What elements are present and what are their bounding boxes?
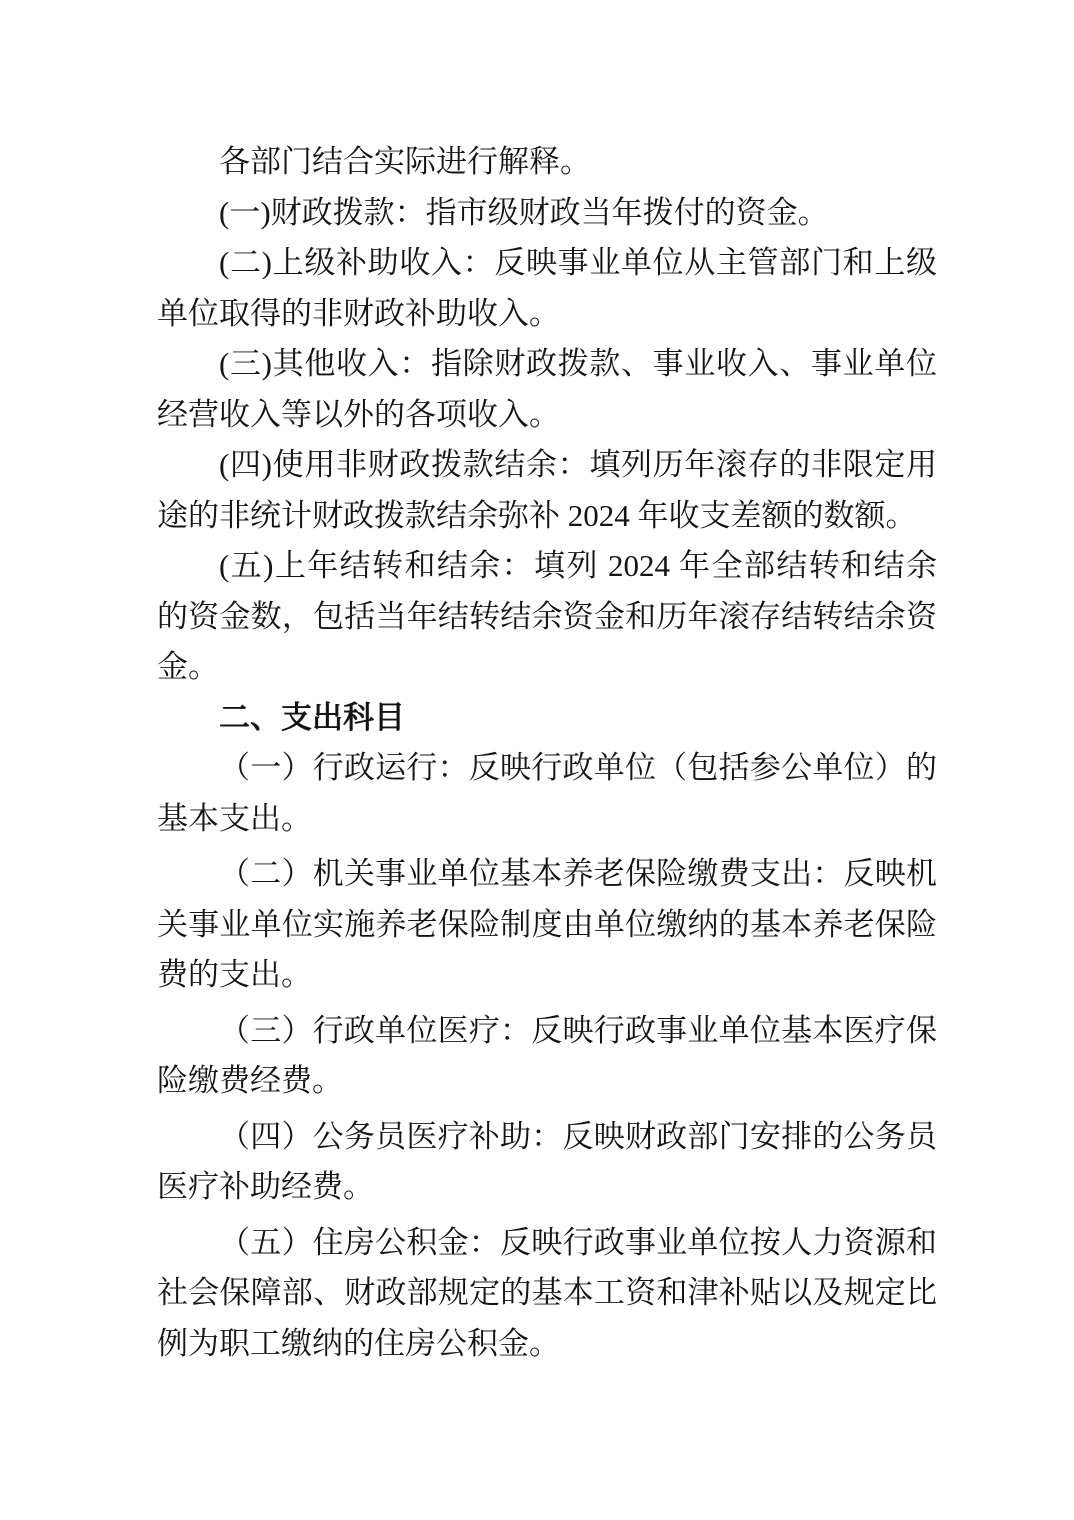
paragraph: （一）行政运行：反映行政单位（包括参公单位）的基本支出。 — [157, 743, 937, 844]
paragraph: (一)财政拨款：指市级财政当年拨付的资金。 — [157, 188, 937, 239]
paragraph: （四）公务员医疗补助：反映财政部门安排的公务员医疗补助经费。 — [157, 1112, 937, 1213]
paragraph: （三）行政单位医疗：反映行政事业单位基本医疗保险缴费经费。 — [157, 1006, 937, 1107]
paragraph: (四)使用非财政拨款结余：填列历年滚存的非限定用途的非统计财政拨款结余弥补 20… — [157, 440, 937, 541]
paragraph: （二）机关事业单位基本养老保险缴费支出：反映机关事业单位实施养老保险制度由单位缴… — [157, 849, 937, 1001]
document-content: 各部门结合实际进行解释。(一)财政拨款：指市级财政当年拨付的资金。(二)上级补助… — [157, 137, 937, 1369]
document-page: 各部门结合实际进行解释。(一)财政拨款：指市级财政当年拨付的资金。(二)上级补助… — [0, 0, 1074, 1520]
paragraph: (二)上级补助收入：反映事业单位从主管部门和上级单位取得的非财政补助收入。 — [157, 238, 937, 339]
paragraph: (三)其他收入：指除财政拨款、事业收入、事业单位经营收入等以外的各项收入。 — [157, 339, 937, 440]
paragraph: (五)上年结转和结余：填列 2024 年全部结转和结余的资金数，包括当年结转结余… — [157, 541, 937, 693]
paragraph: 各部门结合实际进行解释。 — [157, 137, 937, 188]
section-heading: 二、支出科目 — [157, 693, 937, 744]
paragraph: （五）住房公积金：反映行政事业单位按人力资源和社会保障部、财政部规定的基本工资和… — [157, 1218, 937, 1370]
document-page-root: { "page": { "background_color": "#ffffff… — [0, 0, 1074, 1520]
